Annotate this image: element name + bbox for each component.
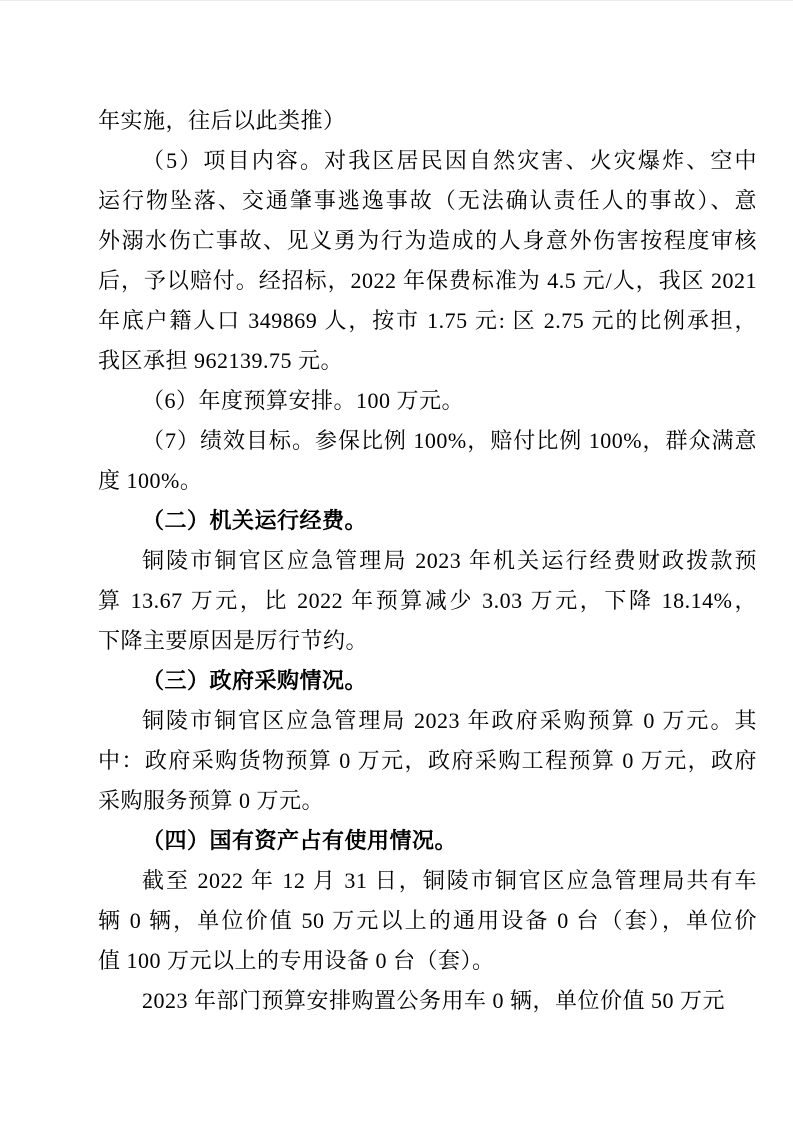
document-body: 年实施，往后以此类推） （5）项目内容。对我区居民因自然灾害、火灾爆炸、空中 运… (98, 101, 757, 1021)
doc-line: 下降主要原因是厉行节约。 (98, 621, 757, 661)
doc-line: 铜陵市铜官区应急管理局 2023 年机关运行经费财政拨款预 (98, 541, 757, 581)
doc-line: 年底户籍人口 349869 人，按市 1.75 元: 区 2.75 元的比例承担… (98, 301, 757, 341)
doc-line: 辆 0 辆，单位价值 50 万元以上的通用设备 0 台（套），单位价 (98, 901, 757, 941)
doc-line: 运行物坠落、交通肇事逃逸事故（无法确认责任人的事故）、意 (98, 181, 757, 221)
paragraph-procurement-detail: 铜陵市铜官区应急管理局 2023 年政府采购预算 0 万元。其 中：政府采购货物… (98, 701, 757, 821)
doc-line: 值 100 万元以上的专用设备 0 台（套）。 (98, 941, 757, 981)
doc-line: 2023 年部门预算安排购置公务用车 0 辆，单位价值 50 万元 (98, 981, 757, 1021)
paragraph-state-assets-detail: 截至 2022 年 12 月 31 日，铜陵市铜官区应急管理局共有车 辆 0 辆… (98, 861, 757, 981)
doc-line: 度 100%。 (98, 461, 757, 501)
doc-line: 算 13.67 万元，比 2022 年预算减少 3.03 万元，下降 18.14… (98, 581, 757, 621)
doc-line: 后，予以赔付。经招标，2022 年保费标准为 4.5 元/人，我区 2021 (98, 261, 757, 301)
paragraph-item-6-annual-budget: （6）年度预算安排。100 万元。 (98, 381, 757, 421)
doc-line: 年实施，往后以此类推） (98, 101, 757, 141)
paragraph-vehicle-purchase-budget: 2023 年部门预算安排购置公务用车 0 辆，单位价值 50 万元 (98, 981, 757, 1021)
doc-line: （6）年度预算安排。100 万元。 (98, 381, 757, 421)
section-heading-line: （四）国有资产占有使用情况。 (98, 821, 757, 861)
doc-line: （5）项目内容。对我区居民因自然灾害、火灾爆炸、空中 (98, 141, 757, 181)
paragraph-continuation: 年实施，往后以此类推） (98, 101, 757, 141)
doc-line: 截至 2022 年 12 月 31 日，铜陵市铜官区应急管理局共有车 (98, 861, 757, 901)
doc-line: 外溺水伤亡事故、见义勇为行为造成的人身意外伤害按程度审核 (98, 221, 757, 261)
doc-line: 中：政府采购货物预算 0 万元，政府采购工程预算 0 万元，政府 (98, 741, 757, 781)
section-heading-line: （三）政府采购情况。 (98, 661, 757, 701)
doc-line: （7）绩效目标。参保比例 100%，赔付比例 100%，群众满意 (98, 421, 757, 461)
section-heading-line: （二）机关运行经费。 (98, 501, 757, 541)
section-heading-3-government-procurement: （三）政府采购情况。 (98, 661, 757, 701)
doc-line: 采购服务预算 0 万元。 (98, 781, 757, 821)
doc-line: 铜陵市铜官区应急管理局 2023 年政府采购预算 0 万元。其 (98, 701, 757, 741)
paragraph-operating-funds-detail: 铜陵市铜官区应急管理局 2023 年机关运行经费财政拨款预 算 13.67 万元… (98, 541, 757, 661)
paragraph-item-7-performance-targets: （7）绩效目标。参保比例 100%，赔付比例 100%，群众满意 度 100%。 (98, 421, 757, 501)
doc-line: 我区承担 962139.75 元。 (98, 341, 757, 381)
document-page: 年实施，往后以此类推） （5）项目内容。对我区居民因自然灾害、火灾爆炸、空中 运… (0, 0, 793, 1122)
section-heading-4-state-assets: （四）国有资产占有使用情况。 (98, 821, 757, 861)
paragraph-item-5-project-content: （5）项目内容。对我区居民因自然灾害、火灾爆炸、空中 运行物坠落、交通肇事逃逸事… (98, 141, 757, 381)
section-heading-2-operating-funds: （二）机关运行经费。 (98, 501, 757, 541)
